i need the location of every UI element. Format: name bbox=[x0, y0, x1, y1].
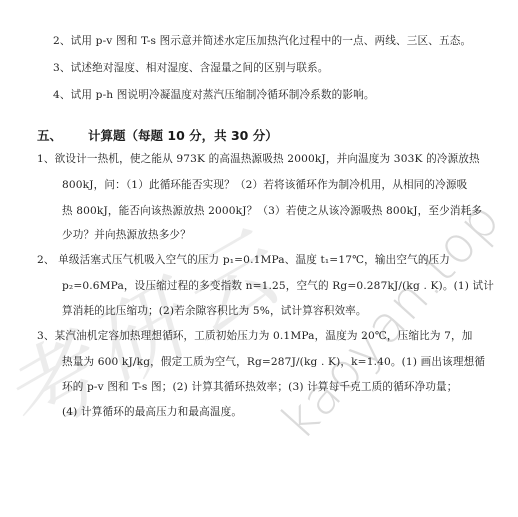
problem-2-line-2: p₂=0.6MPa，设压缩过程的多变指数 n=1.25，空气的 Rg=0.287… bbox=[62, 279, 494, 293]
item-number: 3、 bbox=[53, 62, 71, 74]
document-page: 考研云 kaoyan.top 2、试用 p-v 图和 T-s 图示意并简述水定压… bbox=[0, 0, 518, 517]
problem-1-line-3: 热 800kJ，能否向该热源放热 2000kJ？（3）若使之从该冷源吸热 800… bbox=[62, 204, 482, 218]
problem-1-line-1: 1、欲设计一热机，使之能从 973K 的高温热源吸热 2000kJ，并向温度为 … bbox=[37, 152, 480, 166]
problem-3-line-1: 3、某汽油机定容加热理想循环，工质初始压力为 0.1MPa，温度为 20℃，压缩… bbox=[37, 329, 472, 343]
item-text: 试用 p-h 图说明冷凝温度对蒸汽压缩制冷循环制冷系数的影响。 bbox=[71, 89, 375, 101]
document-content: 2、试用 p-v 图和 T-s 图示意并简述水定压加热汽化过程中的一点、两线、三… bbox=[0, 0, 518, 517]
item-number: 4、 bbox=[53, 89, 71, 101]
section-heading: 五、计算题（每题 10 分，共 30 分） bbox=[37, 128, 278, 144]
problem-3-line-2: 热量为 600 kJ/kg，假定工质为空气，Rg=287J/(kg . K)，k… bbox=[62, 355, 485, 369]
problem-3-line-4: (4) 计算循环的最高压力和最高温度。 bbox=[62, 405, 242, 419]
problem-2-line-1: 2、 单级活塞式压气机吸入空气的压力 p₁=0.1MPa、温度 t₁=17℃，输… bbox=[37, 253, 450, 267]
problem-1-line-4: 少功？并向热源放热多少？ bbox=[62, 228, 191, 242]
problem-1-line-2: 800kJ，问：（1）此循环能否实现？（2）若将该循环作为制冷机用，从相同的冷源… bbox=[62, 178, 467, 192]
item-text: 试述绝对湿度、相对湿度、含湿量之间的区别与联系。 bbox=[71, 62, 329, 74]
problem-2-line-3: 算消耗的比压缩功；(2)若余隙容积比为 5%，试计算容积效率。 bbox=[62, 304, 367, 318]
short-answer-item-2: 2、试用 p-v 图和 T-s 图示意并简述水定压加热汽化过程中的一点、两线、三… bbox=[53, 34, 471, 48]
problem-3-line-3: 环的 p-v 图和 T-s 图；(2) 计算其循环热效率；(3) 计算每千克工质… bbox=[62, 380, 458, 394]
item-number: 2、 bbox=[53, 35, 71, 47]
short-answer-item-4: 4、试用 p-h 图说明冷凝温度对蒸汽压缩制冷循环制冷系数的影响。 bbox=[53, 88, 375, 102]
item-text: 试用 p-v 图和 T-s 图示意并简述水定压加热汽化过程中的一点、两线、三区、… bbox=[71, 35, 472, 47]
short-answer-item-3: 3、试述绝对湿度、相对湿度、含湿量之间的区别与联系。 bbox=[53, 61, 329, 75]
section-title: 计算题（每题 10 分，共 30 分） bbox=[88, 128, 278, 143]
section-number: 五、 bbox=[37, 128, 62, 143]
